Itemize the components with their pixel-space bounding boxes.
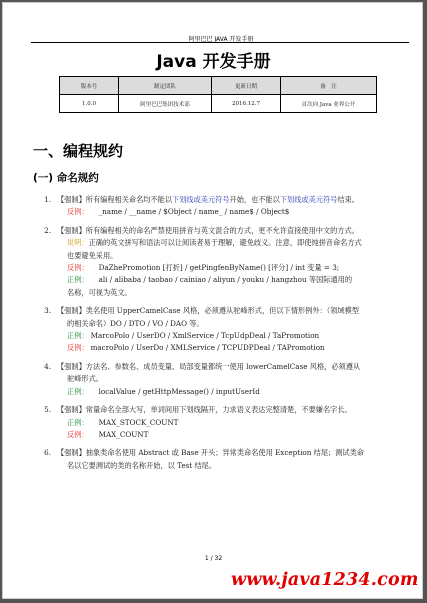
document-page: 阿里巴巴 JAVA 开发手册 Java 开发手册 版本号 制定团队 更新日期 备… xyxy=(2,2,423,599)
rule-highlight: 下划线或美元符号 xyxy=(280,195,338,204)
rule-item: 6.【强制】抽象类命名使用 Abstract 或 Base 开头；异常类命名使用… xyxy=(39,447,415,472)
table-cell: 2016.12.7 xyxy=(212,95,281,113)
table-header-cell: 制定团队 xyxy=(119,77,212,95)
rule-item: 3.【强制】类名使用 UpperCamelCase 风格，必须遵从驼峰形式，但以… xyxy=(39,305,415,355)
table-header-cell: 版本号 xyxy=(60,77,119,95)
rule-number: 5. xyxy=(39,404,57,416)
rule-text: 【强制】类名使用 UpperCamelCase 风格，必须遵从驼峰形式，但以下情… xyxy=(57,306,359,315)
table-header-cell: 备 注 xyxy=(281,77,377,95)
header-rule xyxy=(31,42,409,43)
table-header-row: 版本号 制定团队 更新日期 备 注 xyxy=(60,77,377,95)
positive-example-label: 正例： xyxy=(67,387,89,396)
note-label: 说明： xyxy=(67,238,89,247)
positive-example-text: localValue / getHttpMessage() / inputUse… xyxy=(99,387,260,396)
rule-number: 3. xyxy=(39,305,57,317)
rule-number: 4. xyxy=(39,361,57,373)
rule-item: 1.【强制】所有编程相关命名均不能以下划线或美元符号开始，也不能以下划线或美元符… xyxy=(39,194,415,219)
positive-example-text: MarcoPolo / UserDO / XmlService / TcpUdp… xyxy=(91,331,320,340)
counter-example-label: 反例： xyxy=(67,263,89,272)
positive-example-text: ali / alibaba / taobao / cainiao / aliyu… xyxy=(99,275,352,284)
rule-number: 2. xyxy=(39,225,57,237)
positive-example-cont: 名称，可视为英文。 xyxy=(39,287,415,299)
counter-example-text: MAX_COUNT xyxy=(99,430,149,439)
note-text-cont: 也要避免采用。 xyxy=(39,250,415,262)
positive-example-label: 正例： xyxy=(67,275,89,284)
rule-text: 【强制】所有编程相关的命名严禁使用拼音与英文混合的方式，更不允许直接使用中文的方… xyxy=(57,226,359,235)
table-row: 1.0.0 阿里巴巴集团技术部 2016.12.7 首次向 Java 业界公开 xyxy=(60,95,377,113)
counter-example-text: _name / __name / $Object / name_ / name$… xyxy=(99,207,290,216)
table-cell: 首次向 Java 业界公开 xyxy=(281,95,377,113)
rule-number: 6. xyxy=(39,447,57,459)
rule-item: 4.【强制】方法名、参数名、成员变量、局部变量都统一使用 lowerCamelC… xyxy=(39,361,415,398)
rule-item: 5.【强制】常量命名全部大写，单词间用下划线隔开，力求语义表达完整清楚，不要嫌名… xyxy=(39,404,415,441)
table-cell: 1.0.0 xyxy=(60,95,119,113)
rule-text-cont: 驼峰形式。 xyxy=(39,373,415,385)
table-header-cell: 更新日期 xyxy=(212,77,281,95)
rule-text: 【强制】所有编程相关命名均不能以 xyxy=(57,195,172,204)
rules-list: 1.【强制】所有编程相关命名均不能以下划线或美元符号开始，也不能以下划线或美元符… xyxy=(39,194,415,478)
page-number: 1 / 32 xyxy=(3,555,424,562)
counter-example-label: 反例： xyxy=(67,343,89,352)
table-cell: 阿里巴巴集团技术部 xyxy=(119,95,212,113)
counter-example-label: 反例： xyxy=(67,207,89,216)
counter-example-text: DaZhePromotion [打折] / getPingfenByName()… xyxy=(99,263,340,272)
rule-text-cont: 名以它要测试的类的名称开始，以 Test 结尾。 xyxy=(39,460,415,472)
watermark-link: www.java1234.com xyxy=(231,570,419,590)
section-heading: (一) 命名规约 xyxy=(33,170,99,185)
rule-item: 2.【强制】所有编程相关的命名严禁使用拼音与英文混合的方式，更不允许直接使用中文… xyxy=(39,225,415,299)
counter-example-text: macroPolo / UserDo / XMLService / TCPUDP… xyxy=(91,343,325,352)
rule-text: 【强制】抽象类命名使用 Abstract 或 Base 开头；异常类命名使用 E… xyxy=(57,448,364,457)
rule-text-cont: 的相关命名）DO / DTO / VO / DAO 等。 xyxy=(39,318,415,330)
rule-text: 【强制】方法名、参数名、成员变量、局部变量都统一使用 lowerCamelCas… xyxy=(57,362,360,371)
positive-example-label: 正例： xyxy=(67,418,89,427)
counter-example-label: 反例： xyxy=(67,430,89,439)
rule-text: 【强制】常量命名全部大写，单词间用下划线隔开，力求语义表达完整清楚，不要嫌名字长… xyxy=(57,405,352,414)
rule-highlight: 下划线或美元符号 xyxy=(172,195,230,204)
positive-example-label: 正例： xyxy=(67,331,89,340)
document-title: Java 开发手册 xyxy=(3,47,424,72)
rule-text: 结束。 xyxy=(337,195,359,204)
chapter-heading: 一、编程规约 xyxy=(33,140,123,161)
version-table: 版本号 制定团队 更新日期 备 注 1.0.0 阿里巴巴集团技术部 2016.1… xyxy=(59,76,377,113)
note-text: 正确的英文拼写和语法可以让阅读者易于理解，避免歧义。注意，即使纯拼音命名方式 xyxy=(89,238,362,247)
rule-number: 1. xyxy=(39,194,57,206)
rule-text: 开始，也不能以 xyxy=(230,195,280,204)
positive-example-text: MAX_STOCK_COUNT xyxy=(99,418,179,427)
